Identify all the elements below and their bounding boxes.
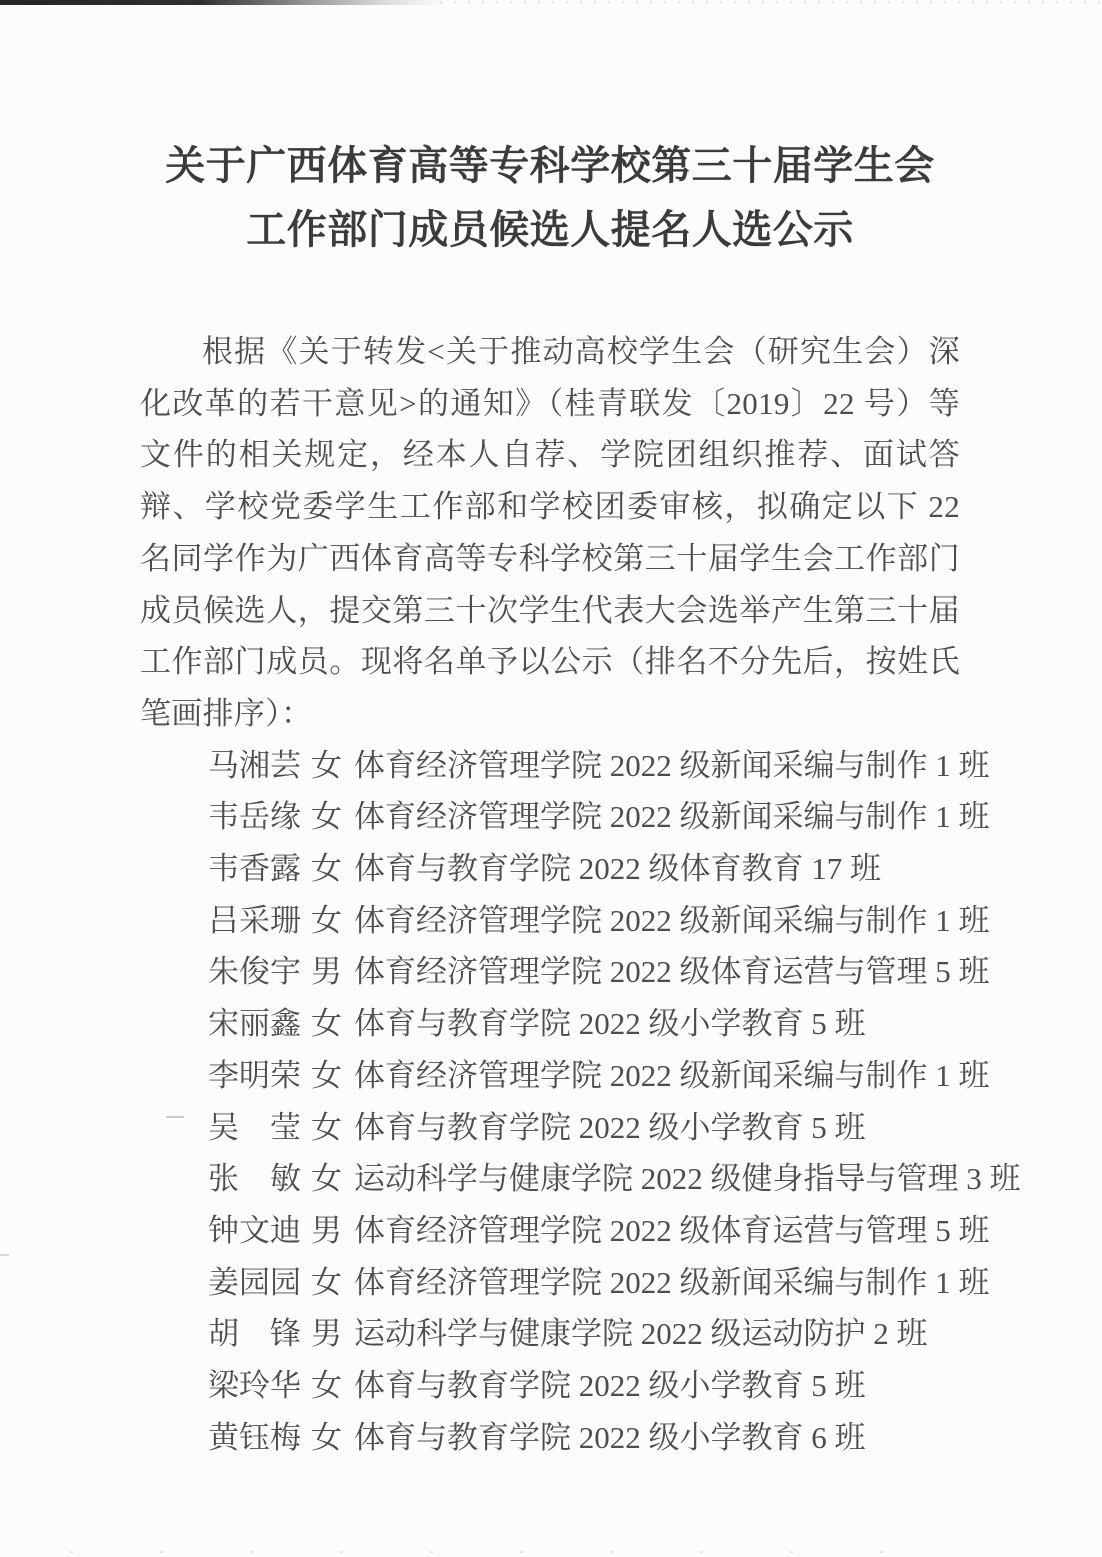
candidate-gender: 男 (311, 946, 342, 998)
candidate-name: 钟文迪 (208, 1205, 301, 1257)
candidate-row: 钟文迪 男 体育经济管理学院 2022 级体育运营与管理 5 班 (140, 1205, 960, 1257)
candidate-name: 马湘芸 (208, 740, 301, 792)
candidate-class: 运动科学与健康学院 2022 级运动防护 2 班 (354, 1308, 928, 1360)
candidate-class: 体育经济管理学院 2022 级新闻采编与制作 1 班 (354, 1257, 990, 1309)
candidate-list: 马湘芸 女 体育经济管理学院 2022 级新闻采编与制作 1 班 韦岳缘 女 体… (140, 740, 960, 1464)
candidate-row: 胡 锋 男 运动科学与健康学院 2022 级运动防护 2 班 (140, 1308, 960, 1360)
candidate-row: 吕采珊 女 体育经济管理学院 2022 级新闻采编与制作 1 班 (140, 895, 960, 947)
candidate-gender: 男 (311, 1205, 342, 1257)
candidate-row: 梁玲华 女 体育与教育学院 2022 级小学教育 5 班 (140, 1360, 960, 1412)
candidate-class: 体育经济管理学院 2022 级新闻采编与制作 1 班 (354, 740, 990, 792)
candidate-gender: 女 (311, 791, 342, 843)
candidate-row: 韦香露 女 体育与教育学院 2022 级体育教育 17 班 (140, 843, 960, 895)
candidate-row: 宋丽鑫 女 体育与教育学院 2022 级小学教育 5 班 (140, 998, 960, 1050)
document-content: 关于广西体育高等专科学校第三十届学生会 工作部门成员候选人提名人选公示 根据《关… (140, 0, 960, 1463)
candidate-class: 体育与教育学院 2022 级小学教育 5 班 (354, 998, 866, 1050)
candidate-name: 梁玲华 (208, 1360, 301, 1412)
candidate-class: 运动科学与健康学院 2022 级健身指导与管理 3 班 (354, 1153, 1021, 1205)
candidate-gender: 女 (311, 843, 342, 895)
candidate-class: 体育与教育学院 2022 级小学教育 5 班 (354, 1102, 866, 1154)
candidate-class: 体育与教育学院 2022 级小学教育 6 班 (354, 1412, 866, 1464)
candidate-class: 体育经济管理学院 2022 级体育运营与管理 5 班 (354, 946, 990, 998)
document-page: 关于广西体育高等专科学校第三十届学生会 工作部门成员候选人提名人选公示 根据《关… (0, 0, 1102, 1557)
candidate-class: 体育经济管理学院 2022 级新闻采编与制作 1 班 (354, 1050, 990, 1102)
candidate-name: 韦岳缘 (208, 791, 301, 843)
candidate-row: 马湘芸 女 体育经济管理学院 2022 级新闻采编与制作 1 班 (140, 740, 960, 792)
candidate-name: 黄钰梅 (208, 1412, 301, 1464)
candidate-row: 韦岳缘 女 体育经济管理学院 2022 级新闻采编与制作 1 班 (140, 791, 960, 843)
candidate-row: 姜园园 女 体育经济管理学院 2022 级新闻采编与制作 1 班 (140, 1257, 960, 1309)
candidate-class: 体育经济管理学院 2022 级体育运营与管理 5 班 (354, 1205, 990, 1257)
scan-mark-left-edge (0, 1254, 9, 1256)
candidate-name: 姜园园 (208, 1257, 301, 1309)
candidate-gender: 女 (311, 1257, 342, 1309)
candidate-row: 李明荣 女 体育经济管理学院 2022 级新闻采编与制作 1 班 (140, 1050, 960, 1102)
candidate-name: 吕采珊 (208, 895, 301, 947)
candidate-row: 黄钰梅 女 体育与教育学院 2022 级小学教育 6 班 (140, 1412, 960, 1464)
scan-speckle-bottom (70, 1551, 970, 1553)
candidate-gender: 女 (311, 998, 342, 1050)
candidate-row: 吴 莹 女 体育与教育学院 2022 级小学教育 5 班 (140, 1102, 960, 1154)
document-body-paragraph: 根据《关于转发<关于推动高校学生会（研究生会）深化改革的若干意见>的通知》（桂青… (140, 326, 960, 740)
candidate-name: 朱俊宇 (208, 946, 301, 998)
candidate-row: 张 敏 女 运动科学与健康学院 2022 级健身指导与管理 3 班 (140, 1153, 960, 1205)
candidate-gender: 女 (311, 895, 342, 947)
document-title-line-1: 关于广西体育高等专科学校第三十届学生会 (140, 134, 960, 198)
candidate-gender: 女 (311, 740, 342, 792)
document-title-line-2: 工作部门成员候选人提名人选公示 (140, 198, 960, 262)
candidate-gender: 女 (311, 1360, 342, 1412)
candidate-name: 宋丽鑫 (208, 998, 301, 1050)
candidate-gender: 女 (311, 1412, 342, 1464)
candidate-class: 体育经济管理学院 2022 级新闻采编与制作 1 班 (354, 791, 990, 843)
candidate-gender: 女 (311, 1102, 342, 1154)
candidate-gender: 女 (311, 1153, 342, 1205)
candidate-name: 吴 莹 (208, 1102, 301, 1154)
candidate-class: 体育与教育学院 2022 级体育教育 17 班 (354, 843, 881, 895)
candidate-row: 朱俊宇 男 体育经济管理学院 2022 级体育运营与管理 5 班 (140, 946, 960, 998)
candidate-name: 李明荣 (208, 1050, 301, 1102)
candidate-name: 韦香露 (208, 843, 301, 895)
candidate-gender: 男 (311, 1308, 342, 1360)
candidate-gender: 女 (311, 1050, 342, 1102)
candidate-name: 胡 锋 (208, 1308, 301, 1360)
document-title: 关于广西体育高等专科学校第三十届学生会 工作部门成员候选人提名人选公示 (140, 134, 960, 262)
candidate-class: 体育经济管理学院 2022 级新闻采编与制作 1 班 (354, 895, 990, 947)
candidate-class: 体育与教育学院 2022 级小学教育 5 班 (354, 1360, 866, 1412)
candidate-name: 张 敏 (208, 1153, 301, 1205)
